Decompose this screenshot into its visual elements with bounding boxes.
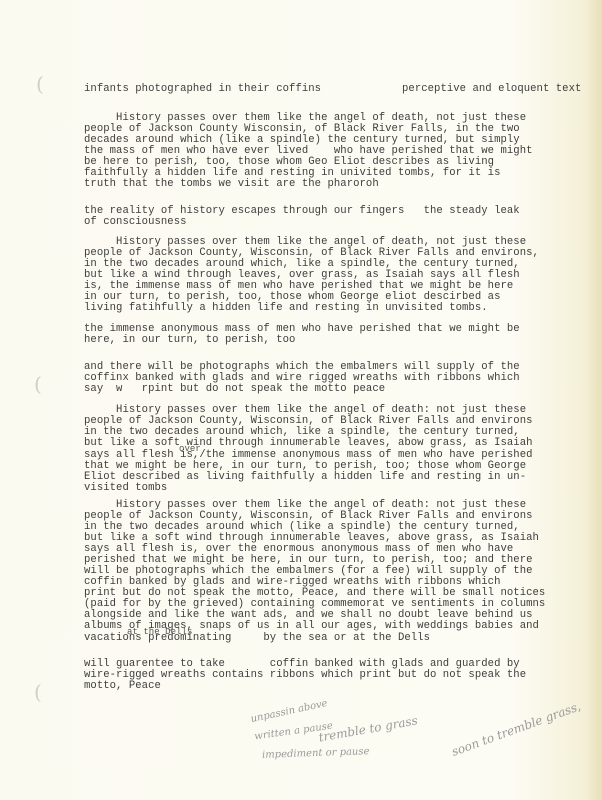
text-line: of consciousness	[84, 217, 187, 228]
text-line: vacations predominating by the sea or at…	[84, 633, 430, 644]
margin-parenthesis-mark: (	[36, 72, 44, 96]
margin-parenthesis-mark: (	[34, 680, 42, 704]
text-line: visited tombs	[84, 483, 167, 494]
margin-parenthesis-mark: (	[34, 372, 42, 396]
page-edge-shadow	[588, 0, 602, 800]
text-line: say w rpint but do not speak the motto p…	[84, 384, 385, 395]
header-left-note: infants photographed in their coffins	[84, 84, 321, 95]
text-line: here, in our turn, to perish, too	[84, 335, 295, 346]
text-line: but like a soft wind through innumerable…	[84, 438, 533, 449]
text-line: living fatihfully a hidden life and rest…	[84, 303, 488, 314]
text-line: motto, Peace	[84, 681, 161, 692]
header-right-note: perceptive and eloquent text	[402, 84, 581, 95]
text-line: truth that the tombs we visit are the ph…	[84, 179, 379, 190]
